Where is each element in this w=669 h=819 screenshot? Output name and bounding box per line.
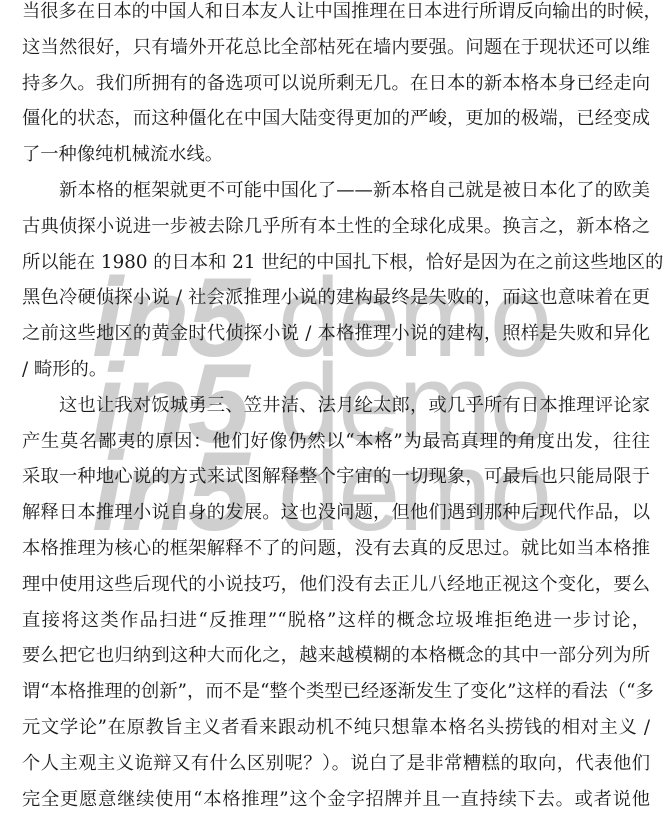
text-line: 谓“本格推理的创新”，而不是“整个类型已经逐渐发生了变化”这样的看法（“多 [22, 674, 650, 710]
text-line: 这当然很好，只有墙外开花总比全部枯死在墙内要强。问题在于现状还可以维 [22, 30, 650, 66]
text-line: 直接将这类作品扫进“反推理”“脱格”这样的概念垃圾堆拒绝进一步讨论， [22, 603, 650, 639]
text-line: 要么把它也归纳到这种大而化之，越来越模糊的本格概念的其中一部分列为所 [22, 638, 650, 674]
text-line: 元文学论”在原教旨主义者看来跟动机不纯只想靠本格名头捞钱的相对主义 / [22, 710, 650, 746]
paragraph-2: 新本格的框架就更不可能中国化了——新本格自己就是被日本化了的欧美 古典侦探小说进… [22, 173, 650, 388]
document-body: 当很多在日本的中国人和日本友人让中国推理在日本进行所谓反向输出的时候， 这当然很… [22, 0, 650, 817]
text-line: 产生莫名鄙夷的原因：他们好像仍然以“本格”为最高真理的角度出发，往往 [22, 424, 650, 460]
text-line: 之前这些地区的黄金时代侦探小说 / 本格推理小说的建构，照样是失败和异化 [22, 316, 650, 352]
text-line: 个人主观主义诡辩又有什么区别呢？）。说白了是非常糟糕的取向，代表他们 [22, 746, 650, 782]
document-page: in5demo in5demo in5demo 当很多在日本的中国人和日本友人让… [0, 0, 669, 819]
text-line: 古典侦探小说进一步被去除几乎所有本土性的全球化成果。换言之，新本格之 [22, 209, 650, 245]
text-line: 这也让我对饭城勇三、笠井洁、法月纶太郎，或几乎所有日本推理评论家 [22, 388, 650, 424]
text-line: 理中使用这些后现代的小说技巧，他们没有去正儿八经地正视这个变化，要么 [22, 567, 650, 603]
text-line: 僵化的状态，而这种僵化在中国大陆变得更加的严峻，更加的极端，已经变成 [22, 101, 650, 137]
text-line: 当很多在日本的中国人和日本友人让中国推理在日本进行所谓反向输出的时候， [22, 0, 650, 30]
text-line: 本格推理为核心的框架解释不了的问题，没有去真的反思过。就比如当本格推 [22, 531, 650, 567]
text-line: 完全更愿意继续使用“本格推理”这个金字招牌并且一直持续下去。或者说他 [22, 782, 650, 818]
text-line: 采取一种地心说的方式来试图解释整个宇宙的一切现象，可最后也只能局限于 [22, 459, 650, 495]
paragraph-3: 这也让我对饭城勇三、笠井洁、法月纶太郎，或几乎所有日本推理评论家 产生莫名鄙夷的… [22, 388, 650, 818]
text-line: 了一种像纯机械流水线。 [22, 137, 650, 173]
text-line: 黑色冷硬侦探小说 / 社会派推理小说的建构最终是失败的，而这也意味着在更 [22, 280, 650, 316]
text-line: 新本格的框架就更不可能中国化了——新本格自己就是被日本化了的欧美 [22, 173, 650, 209]
text-line: 所以能在 1980 的日本和 21 世纪的中国扎下根，恰好是因为在之前这些地区的 [22, 245, 650, 281]
text-line: 解释日本推理小说自身的发展。这也没问题，但他们遇到那种后现代作品，以 [22, 495, 650, 531]
text-line: 持多久。我们所拥有的备选项可以说所剩无几。在日本的新本格本身已经走向 [22, 66, 650, 102]
text-line: / 畸形的。 [22, 352, 650, 388]
paragraph-1: 当很多在日本的中国人和日本友人让中国推理在日本进行所谓反向输出的时候， 这当然很… [22, 0, 650, 173]
